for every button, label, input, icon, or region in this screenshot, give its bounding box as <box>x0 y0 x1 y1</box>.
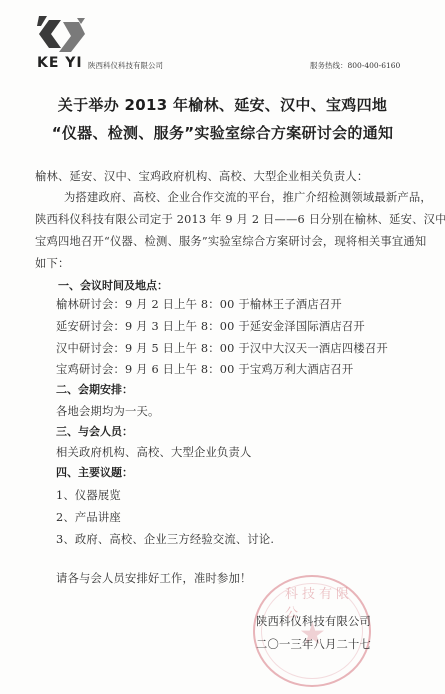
intro-line: 如下： <box>35 255 70 271</box>
section-heading-attendees: 三、与会人员： <box>56 423 133 439</box>
intro-line: 陕西科仪科技有限公司定于 2013 年 9 月 2 日——6 日分别在榆林、延安… <box>35 211 445 227</box>
notice-title-line1: 关于举办 2013 年榆林、延安、汉中、宝鸡四地 <box>0 94 445 115</box>
attendees-line: 相关政府机构、高校、大型企业负责人 <box>56 444 251 460</box>
service-hotline: 服务热线：800-400-6160 <box>310 60 400 71</box>
section-heading-topics: 四、主要议题： <box>56 464 133 480</box>
topic-item: 1、仪器展览 <box>56 487 121 503</box>
signature-date: 二〇一三年八月二十七 <box>256 636 371 652</box>
venue-line: 榆林研讨会：9 月 2 日上午 8：00 于榆林王子酒店召开 <box>56 296 342 312</box>
schedule-line: 各地会期均为一天。 <box>56 403 159 419</box>
logo-text: KE YI <box>37 55 83 71</box>
section-heading-venue: 一、会议时间及地点： <box>58 277 168 293</box>
letterhead-company-name: 陕西科仪科技有限公司 <box>88 60 163 71</box>
closing-line: 请各与会人员安排好工作，准时参加！ <box>56 570 251 586</box>
notice-title-line2: “仪器、检测、服务”实验室综合方案研讨会的通知 <box>0 122 445 143</box>
salutation: 榆林、延安、汉中、宝鸡政府机构、高校、大型企业相关负责人： <box>35 168 368 184</box>
venue-line: 宝鸡研讨会：9 月 6 日上午 8：00 于宝鸡万利大酒店召开 <box>56 361 353 377</box>
company-seal-icon: 科技有限公 ★ <box>253 575 371 687</box>
keyi-logo-icon <box>37 14 87 56</box>
venue-line: 汉中研讨会：9 月 5 日上午 8：00 于汉中大汉天一酒店四楼召开 <box>56 340 388 356</box>
signature-company: 陕西科仪科技有限公司 <box>256 613 371 629</box>
intro-line: 宝鸡四地召开“仪器、检测、服务”实验室综合方案研讨会，现将相关事宜通知 <box>35 233 426 249</box>
section-heading-schedule: 二、会期安排： <box>56 381 133 397</box>
intro-line: 为搭建政府、高校、企业合作交流的平台，推广介绍检测领域最新产品， <box>64 189 432 205</box>
venue-line: 延安研讨会：9 月 3 日上午 8：00 于延安金泽国际酒店召开 <box>56 318 365 334</box>
topic-item: 3、政府、高校、企业三方经验交流、讨论. <box>56 531 274 547</box>
topic-item: 2、产品讲座 <box>56 509 121 525</box>
